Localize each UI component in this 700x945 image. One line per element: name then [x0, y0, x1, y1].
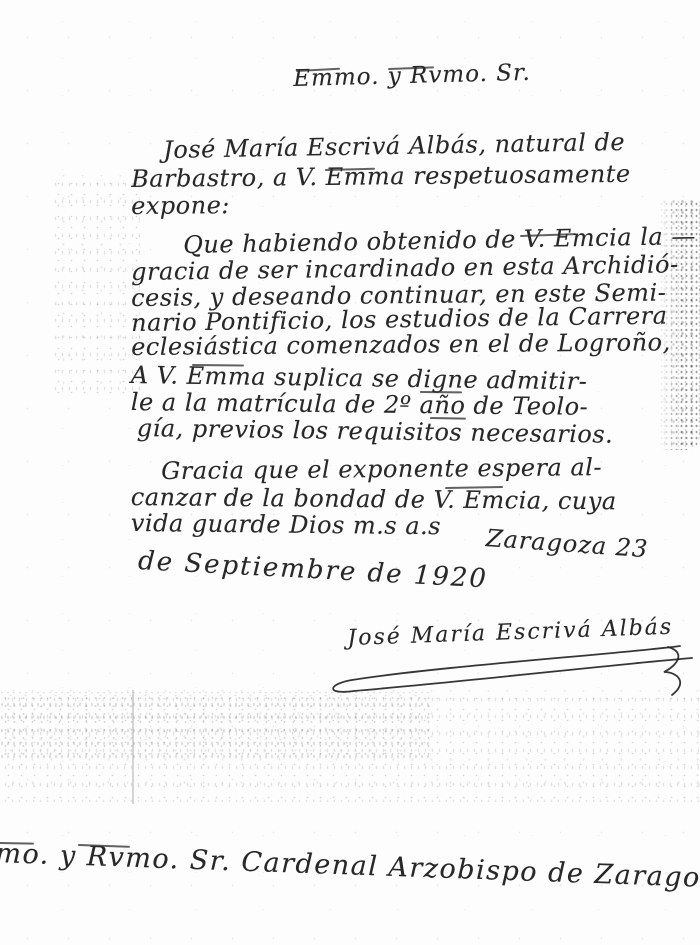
salutation-line: Emmo. y Rvmo. Sr. [293, 60, 531, 92]
scanned-letter-page: Emmo. y Rvmo. Sr. José María Escrivá Alb… [0, 0, 700, 945]
date-place-line: Zaragoza 23 [485, 524, 649, 563]
scan-noise-left-margin [50, 175, 140, 395]
closing-line: Gracia que el exponente espera al- [161, 453, 602, 485]
vertical-fold-line [132, 690, 134, 804]
abbreviation-overline [420, 391, 462, 393]
intro-line: Barbastro, a V. Emma respetuosamente [131, 160, 631, 193]
body-line: eclesiástica comenzados en el de Logroño… [131, 328, 671, 361]
date-line: de Septiembre de 1920 [137, 546, 488, 594]
intro-line: expone: [131, 191, 230, 220]
signature-rubric-flourish [320, 643, 700, 705]
body-line: gía, previos los requisitos necesarios. [137, 414, 614, 449]
intro-line: José María Escrivá Albás, natural de [163, 128, 625, 164]
closing-line: vida guarde Dios m.s a.s [131, 509, 442, 540]
